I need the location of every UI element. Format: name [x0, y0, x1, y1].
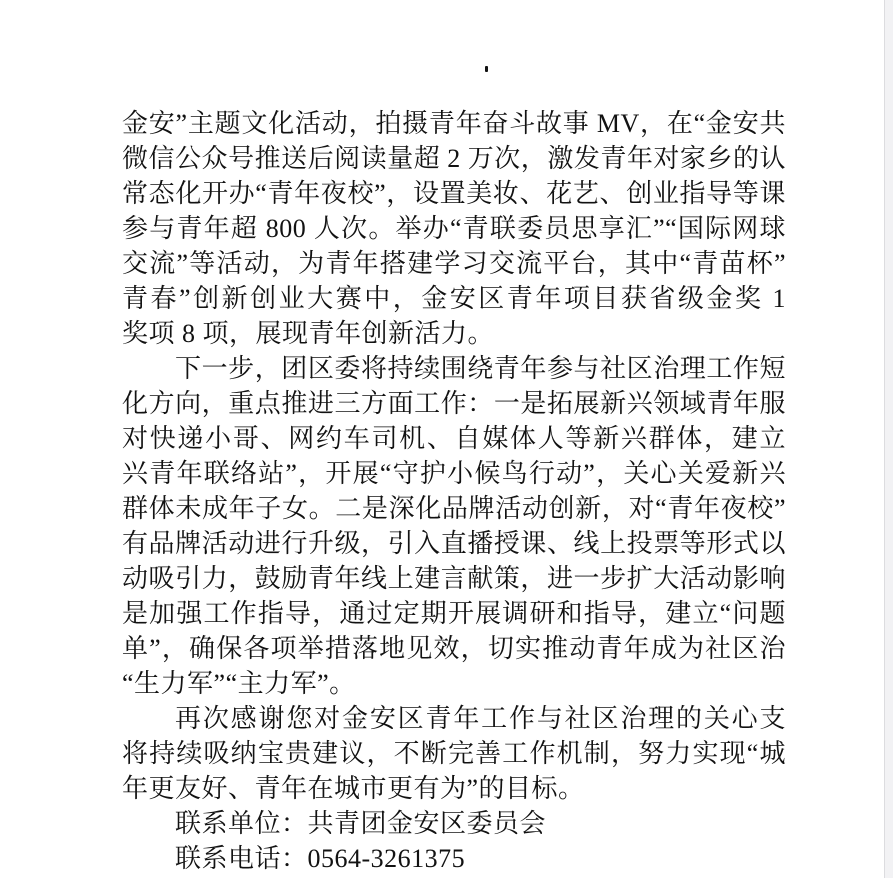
doc-line: 将持续吸纳宝贵建议，不断完善工作机制，努力实现“城市对青	[122, 736, 786, 771]
doc-line: 参与青年超 800 人次。举办“青联委员思享汇”“国际网球文化	[122, 211, 786, 246]
doc-line: 群体未成年子女。二是深化品牌活动创新，对“青年夜校”等现	[122, 491, 786, 526]
doc-line: 化方向，重点推进三方面工作：一是拓展新兴领域青年服务，针	[122, 386, 786, 421]
doc-line: 交流”等活动，为青年搭建学习交流平台，其中“青苗杯”“创	[122, 246, 786, 281]
ink-speck	[485, 66, 488, 72]
doc-line: 是加强工作指导，通过定期开展调研和指导，建立“问题整改清	[122, 596, 786, 631]
doc-line: 再次感谢您对金安区青年工作与社区治理的关心支持，我们	[122, 701, 786, 736]
doc-line: 兴青年联络站”，开展“守护小候鸟行动”，关心关爱新兴领域	[122, 456, 786, 491]
document-text-block: 金安”主题文化活动，拍摄青年奋斗故事 MV，在“金安共青团”微信公众号推送后阅读…	[122, 106, 786, 876]
doc-line: 年更友好、青年在城市更有为”的目标。	[122, 771, 786, 806]
doc-line: 联系电话：0564-3261375	[122, 841, 786, 876]
doc-line: 金安”主题文化活动，拍摄青年奋斗故事 MV，在“金安共青团”	[122, 106, 786, 141]
doc-line: 微信公众号推送后阅读量超 2 万次，激发青年对家乡的认同感。	[122, 141, 786, 176]
doc-line: 青春”创新创业大赛中，金安区青年项目获省级金奖 1 项、市级	[122, 281, 786, 316]
page-edge-strip	[884, 0, 893, 878]
doc-line: 奖项 8 项，展现青年创新活力。	[122, 316, 786, 351]
doc-line: 有品牌活动进行升级，引入直播授课、线上投票等形式以提升活	[122, 526, 786, 561]
doc-line: 单”，确保各项举措落地见效，切实推动青年成为社区治理的	[122, 631, 786, 666]
doc-line: 联系单位：共青团金安区委员会	[122, 806, 786, 841]
doc-line: 常态化开办“青年夜校”，设置美妆、花艺、创业指导等课程，	[122, 176, 786, 211]
scanned-document-screenshot: { "page": { "background": "#ffffff", "in…	[0, 0, 893, 878]
doc-line: 对快递小哥、网约车司机、自媒体人等新兴群体，建立“社区新	[122, 421, 786, 456]
doc-line: “生力军”“主力军”。	[122, 666, 786, 701]
doc-line: 动吸引力，鼓励青年线上建言献策，进一步扩大活动影响力。三	[122, 561, 786, 596]
doc-line: 下一步，团区委将持续围绕青年参与社区治理工作短板与优	[122, 351, 786, 386]
document-page: 金安”主题文化活动，拍摄青年奋斗故事 MV，在“金安共青团”微信公众号推送后阅读…	[0, 0, 893, 878]
